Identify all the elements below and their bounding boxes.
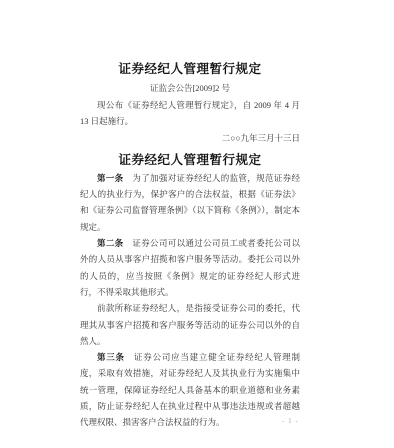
- article-label: 第三条: [97, 352, 134, 362]
- page-number: - 1 -: [282, 416, 299, 426]
- article-paragraph: 前款所称证券经纪人，是指接受证券公司的委托，代理其从事客户招揽和客户服务等活动的…: [80, 300, 300, 349]
- article-paragraph: 第三条 证券公司应当建立健全证券经纪人管理制度，采取有效措施，对证券经纪人及其执…: [80, 349, 300, 430]
- article-text: 证券公司应当建立健全证券经纪人管理制度，采取有效措施，对证券经纪人及其执业行为实…: [80, 352, 300, 427]
- article-paragraph: 第二条 证券公司可以通过公司员工或者委托公司以外的人员从事客户招揽和客户服务等活…: [80, 235, 300, 300]
- article-text: 前款所称证券经纪人，是指接受证券公司的委托，代理其从事客户招揽和客户服务等活动的…: [80, 303, 300, 346]
- article-label: 第一条: [97, 173, 132, 183]
- document-page: 证券经纪人管理暂行规定 证监会公告[2009]2 号 现公布《证券经纪人管理暂行…: [0, 0, 394, 448]
- regulation-articles: 第一条 为了加强对证券经纪人的监管，规范证券经纪人的执业行为，保护客户的合法权益…: [80, 170, 300, 431]
- regulation-heading: 证券经纪人管理暂行规定: [80, 153, 300, 168]
- announcement-body: 现公布《证券经纪人管理暂行规定》，自 2009 年 4 月 13 日起施行。: [80, 97, 300, 130]
- announcement-date: 二○○九年三月十三日: [80, 130, 300, 146]
- article-label: 第二条: [97, 238, 132, 248]
- notice-number: 证监会公告[2009]2 号: [80, 82, 300, 95]
- article-paragraph: 第一条 为了加强对证券经纪人的监管，规范证券经纪人的执业行为，保护客户的合法权益…: [80, 170, 300, 235]
- announcement-title: 证券经纪人管理暂行规定: [80, 62, 300, 77]
- text-column: 证券经纪人管理暂行规定 证监会公告[2009]2 号 现公布《证券经纪人管理暂行…: [80, 62, 300, 431]
